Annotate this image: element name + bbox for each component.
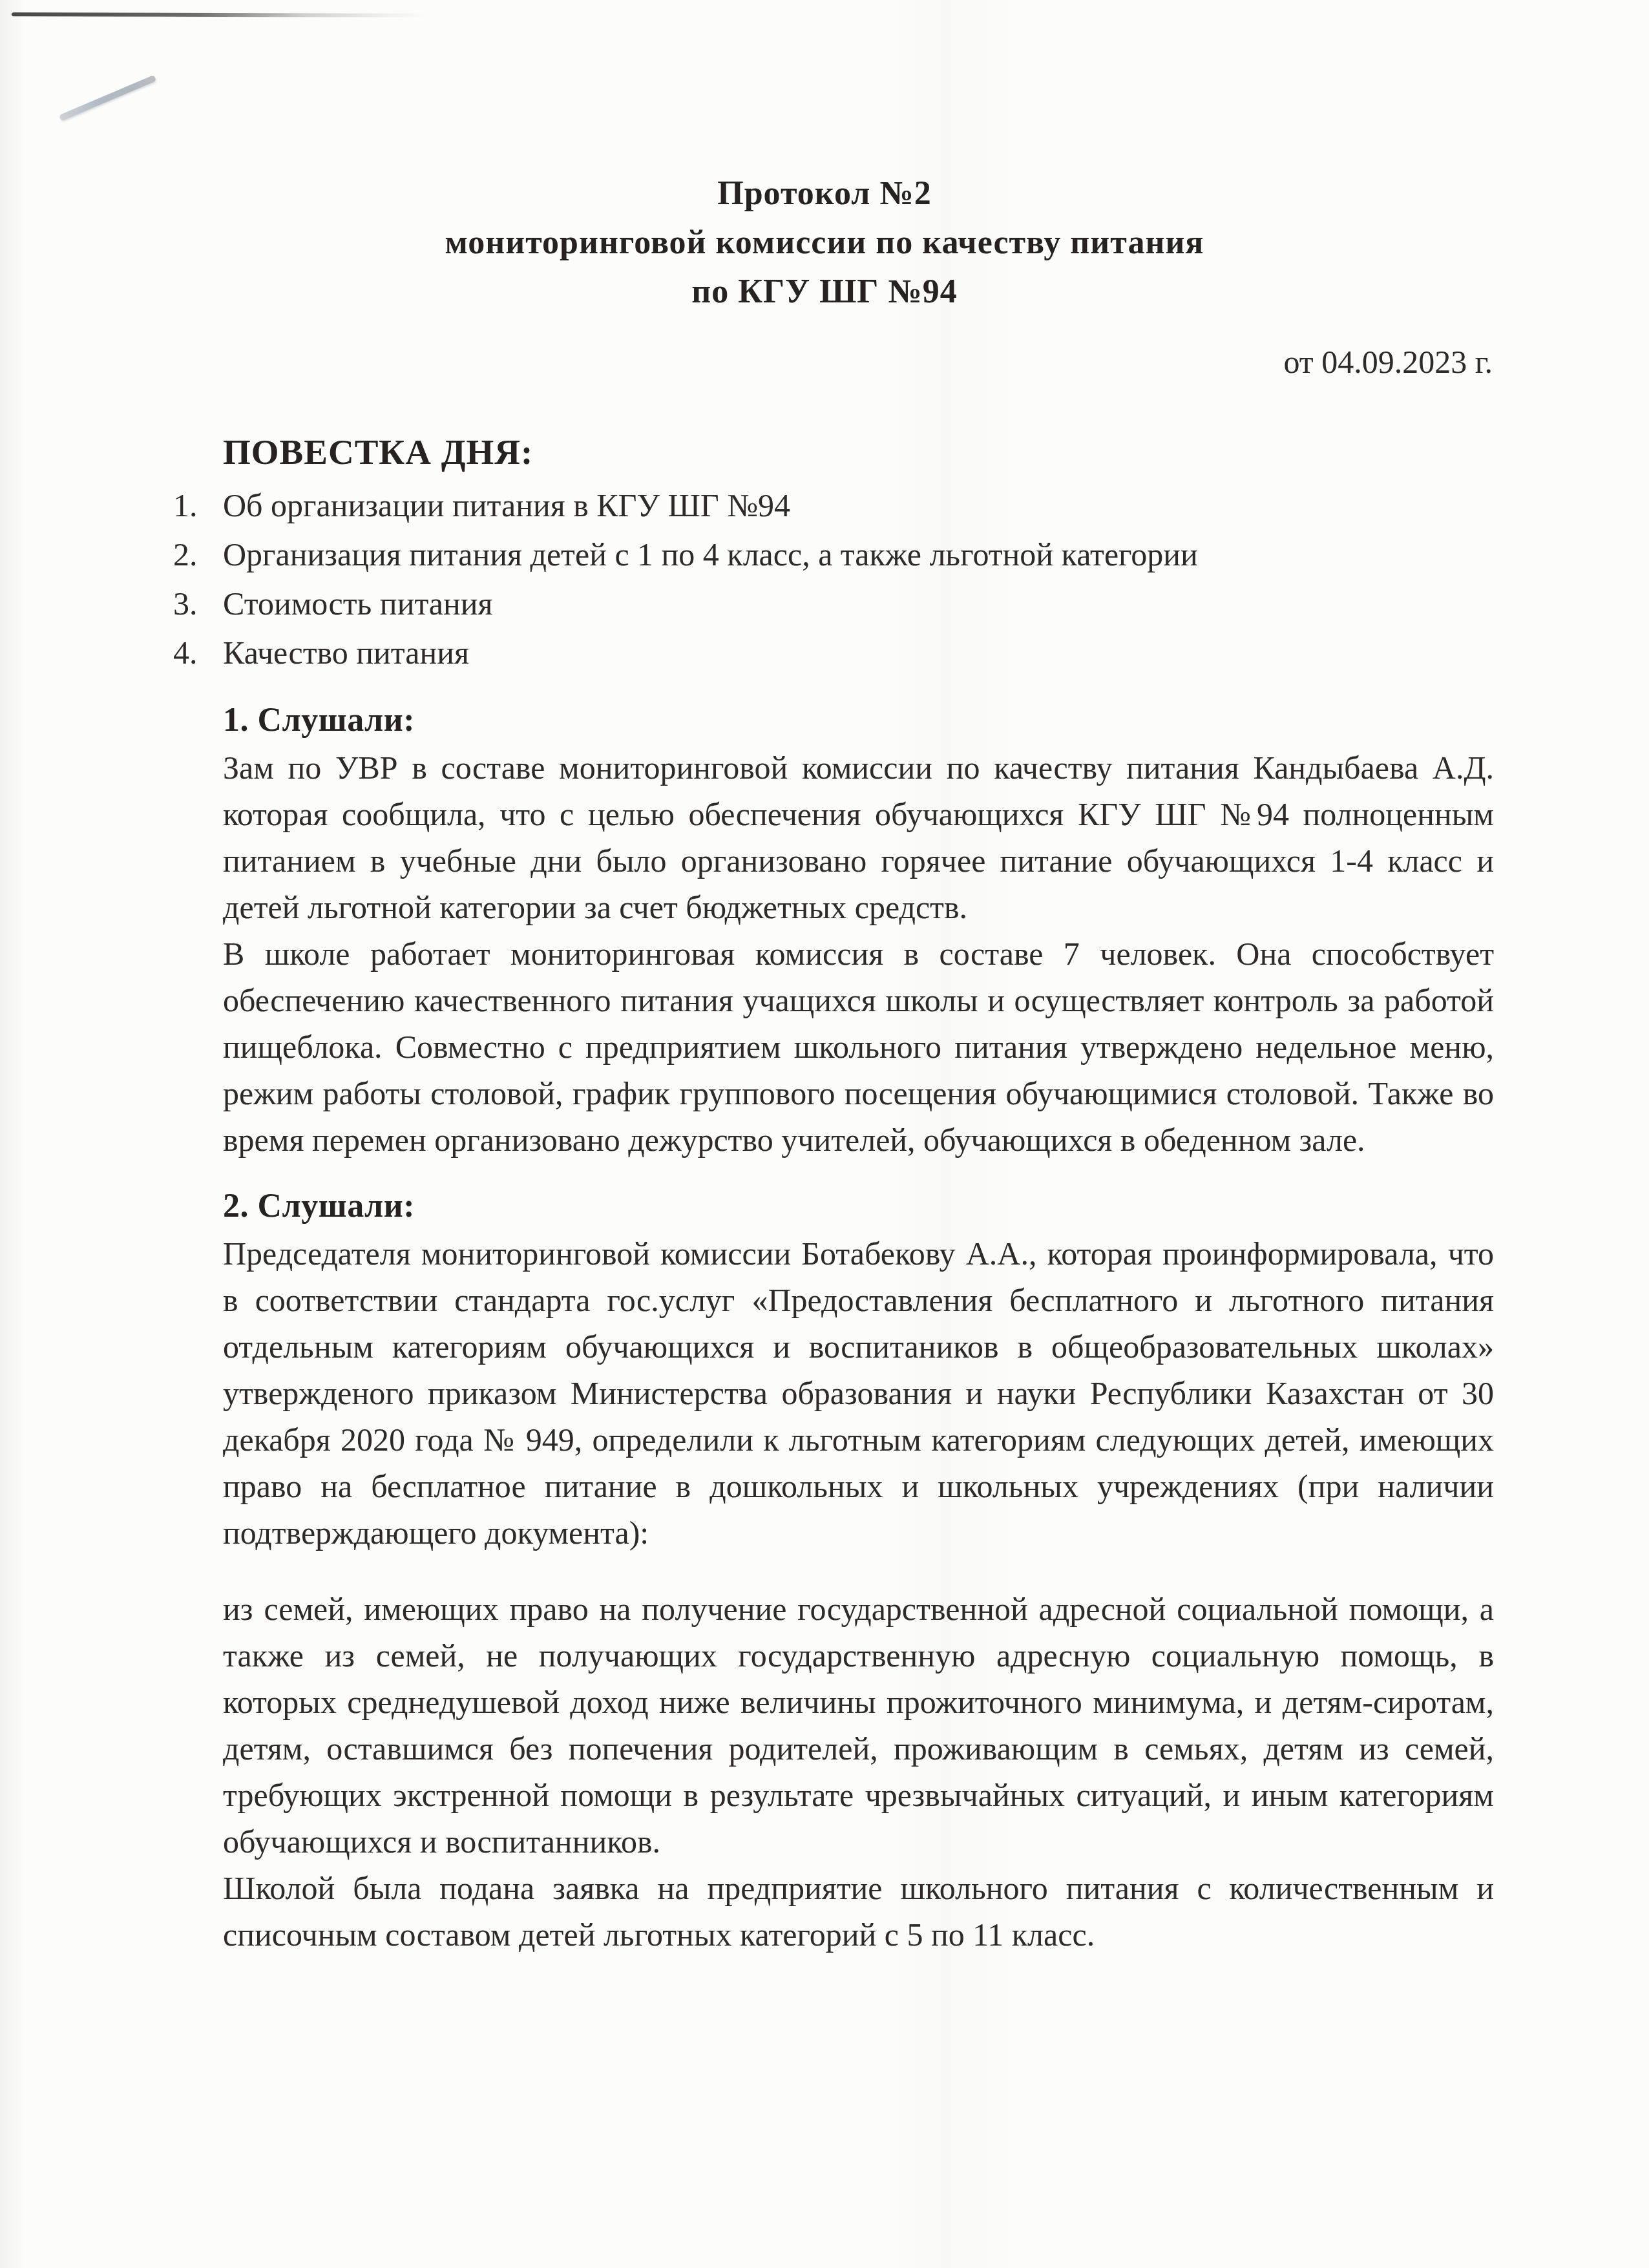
section-2-paragraph: из семей, имеющих право на получение гос… — [223, 1586, 1494, 1865]
title-line-3: по КГУ ШГ №94 — [0, 268, 1649, 317]
agenda-heading: ПОВЕСТКА ДНЯ: — [223, 426, 1494, 478]
document-date: от 04.09.2023 г. — [0, 337, 1649, 386]
agenda-item: 3. Стоимость питания — [223, 579, 1494, 628]
section-1-paragraph: Зам по УВР в составе мониторинговой коми… — [223, 744, 1494, 930]
section-2-paragraph: Школой была подана заявка на предприятие… — [223, 1865, 1494, 1958]
section-2-paragraph: Председателя мониторинговой комиссии Бот… — [223, 1230, 1494, 1556]
agenda-item-number: 1. — [173, 481, 198, 530]
scan-edge-line-artifact — [12, 12, 428, 17]
section-2-heading: 2. Слушали: — [223, 1182, 1494, 1230]
section-1-paragraph: В школе работает мониторинговая комиссия… — [223, 930, 1494, 1163]
title-line-2: мониторинговой комиссии по качеству пита… — [0, 218, 1649, 268]
agenda-item-text: Качество питания — [223, 635, 469, 671]
agenda-list: 1. Об организации питания в КГУ ШГ №94 2… — [223, 481, 1494, 677]
agenda-block: ПОВЕСТКА ДНЯ: 1. Об организации питания … — [0, 426, 1649, 677]
agenda-item: 4. Качество питания — [223, 628, 1494, 677]
title-line-1: Протокол №2 — [0, 169, 1649, 218]
agenda-item-number: 2. — [173, 530, 198, 579]
title-block: Протокол №2 мониторинговой комиссии по к… — [0, 169, 1649, 317]
scan-pencil-streak-artifact — [59, 75, 156, 121]
agenda-item-text: Об организации питания в КГУ ШГ №94 — [223, 487, 790, 523]
agenda-item: 2. Организация питания детей с 1 по 4 кл… — [223, 530, 1494, 579]
agenda-item-text: Стоимость питания — [223, 585, 493, 622]
document-page: Протокол №2 мониторинговой комиссии по к… — [0, 0, 1649, 2268]
section-2: 2. Слушали: Председателя мониторинговой … — [0, 1182, 1649, 1958]
agenda-item-number: 3. — [173, 579, 198, 628]
agenda-item-text: Организация питания детей с 1 по 4 класс… — [223, 536, 1198, 572]
agenda-item-number: 4. — [173, 628, 198, 677]
section-1: 1. Слушали: Зам по УВР в составе монитор… — [0, 697, 1649, 1163]
section-1-heading: 1. Слушали: — [223, 697, 1494, 744]
agenda-item: 1. Об организации питания в КГУ ШГ №94 — [223, 481, 1494, 530]
